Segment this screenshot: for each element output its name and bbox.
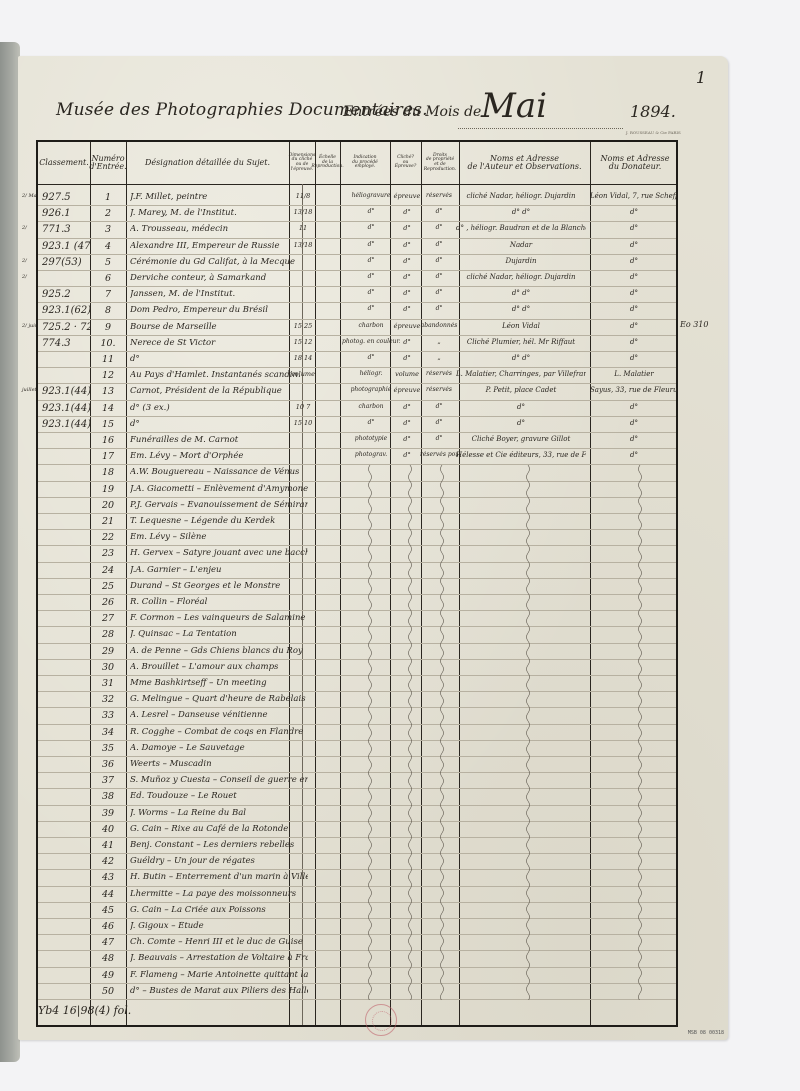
entry-number-cell: 49 bbox=[96, 970, 120, 981]
table-header: Classement.Numéro d'Entrée.Désignation d… bbox=[38, 142, 676, 185]
rights-cell: d° bbox=[420, 435, 458, 442]
author-cell: d° d° bbox=[456, 208, 586, 216]
bottom-right-label: MSB 08 00318 bbox=[688, 1030, 724, 1036]
entry-number-cell: 10. bbox=[96, 338, 120, 349]
margin-note: 2/ Mai bbox=[22, 193, 38, 199]
table-row: 774.310.Nerece de St Victor15 12photog. … bbox=[38, 336, 676, 352]
entry-number-cell: 26 bbox=[96, 597, 120, 608]
entry-number-cell: 44 bbox=[96, 889, 120, 900]
table-row: 6Derviche conteur, à Samarkandd°d°d°clic… bbox=[38, 271, 676, 287]
entry-number-cell: 43 bbox=[96, 872, 120, 883]
classement-cell: 771.3 bbox=[42, 224, 90, 235]
subject-cell: Nerece de St Victor bbox=[130, 338, 308, 348]
entry-number-cell: 3 bbox=[96, 224, 120, 235]
ledger-table: Classement.Numéro d'Entrée.Désignation d… bbox=[36, 140, 678, 1027]
subject-cell: Mme Bashkirtseff – Un meeting bbox=[130, 678, 308, 688]
entry-number-cell: 21 bbox=[96, 516, 120, 527]
entry-number-cell: 38 bbox=[96, 791, 120, 802]
table-row: 30A. Brouillet – L'amour aux champs bbox=[38, 660, 676, 676]
rights-cell: réservés bbox=[420, 386, 458, 393]
donor-cell: d° bbox=[590, 208, 678, 216]
table-row: 923.1(44)14d° (3 ex.)10 7charbond°d°d°d° bbox=[38, 401, 676, 417]
table-row: 923.1(44) ×15d°15 10d°d°d°d°d° bbox=[38, 417, 676, 433]
entry-number-cell: 28 bbox=[96, 629, 120, 640]
entry-number-cell: 42 bbox=[96, 856, 120, 867]
table-row: 19J.A. Giacometti – Enlèvement d'Amymone bbox=[38, 482, 676, 498]
entry-number-cell: 11 bbox=[96, 354, 120, 365]
table-row: 927.51J.F. Millet, peintre11/8héliogravu… bbox=[38, 190, 676, 206]
printer-mark: J. ROUSSEAU & Cie PARIS bbox=[626, 130, 681, 135]
subject-cell: J. Quinsac – La Tentation bbox=[130, 629, 308, 639]
classement-cell: 927.5 bbox=[42, 192, 90, 203]
table-row: 28J. Quinsac – La Tentation bbox=[38, 627, 676, 643]
subject-cell: Em. Lévy – Silène bbox=[130, 532, 308, 542]
table-row: 29A. de Penne – Gds Chiens blancs du Roy bbox=[38, 644, 676, 660]
donor-cell: d° bbox=[590, 322, 678, 330]
classement-cell: 926.1 bbox=[42, 208, 90, 219]
author-cell: cliché Nadar, héliogr. Dujardin bbox=[456, 192, 586, 200]
subject-cell: J.A. Garnier – L'enjeu bbox=[130, 565, 308, 575]
column-header-donateur: Noms et Adresse du Donateur. bbox=[590, 144, 680, 182]
table-row: 44Lhermitte – La paye des moissonneurs bbox=[38, 887, 676, 903]
column-header-cliche: Cliché? ou Épreuve? bbox=[390, 144, 421, 182]
ditto-squiggle-icon bbox=[438, 465, 444, 1000]
entry-number-cell: 22 bbox=[96, 532, 120, 543]
dimensions-cell: 10 7 bbox=[289, 403, 317, 411]
author-cell: L. Malatier, Charringes, par Villefranch… bbox=[456, 370, 586, 378]
author-cell: d° bbox=[456, 403, 586, 411]
rights-cell: d° bbox=[420, 403, 458, 410]
donor-cell: d° bbox=[590, 419, 678, 427]
entry-number-cell: 20 bbox=[96, 500, 120, 511]
folio-number: 1 bbox=[696, 68, 706, 87]
entry-number-cell: 12 bbox=[96, 370, 120, 381]
table-row: 35A. Damoye – Le Sauvetage bbox=[38, 741, 676, 757]
donor-cell: d° bbox=[590, 354, 678, 362]
column-header-designation: Désignation détaillée du Sujet. bbox=[126, 144, 289, 182]
margin-note: 2/ juin bbox=[22, 323, 38, 329]
entry-number-cell: 17 bbox=[96, 451, 120, 462]
table-row: 25Durand – St Georges et le Monstre bbox=[38, 579, 676, 595]
subject-cell: T. Lequesne – Légende du Kerdek bbox=[130, 516, 308, 526]
entry-number-cell: 2 bbox=[96, 208, 120, 219]
dimensions-cell: 13/18 bbox=[289, 241, 317, 249]
classement-cell: 923.1(44) bbox=[42, 386, 90, 397]
author-cell: cliché Nadar, héliogr. Dujardin bbox=[456, 273, 586, 281]
table-row: 926.12J. Marey, M. de l'Institut.13/18d°… bbox=[38, 206, 676, 222]
entry-number-cell: 15 bbox=[96, 419, 120, 430]
donor-cell: L. Malatier bbox=[590, 370, 678, 378]
table-row: 38Ed. Toudouze – Le Rouet bbox=[38, 789, 676, 805]
subject-cell: Em. Lévy – Mort d'Orphée bbox=[130, 451, 308, 461]
entry-number-cell: 4 bbox=[96, 241, 120, 252]
entry-number-cell: 7 bbox=[96, 289, 120, 300]
bottom-shelfmark: Yb4 16|98(4) fol. bbox=[38, 1004, 131, 1017]
subject-cell: Dom Pedro, Empereur du Brésil bbox=[130, 305, 308, 315]
subject-cell: R. Cogghe – Combat de coqs en Flandre bbox=[130, 727, 308, 737]
subject-cell: G. Melingue – Quart d'heure de Rabelais bbox=[130, 694, 308, 704]
dimensions-cell: 18 14 bbox=[289, 354, 317, 362]
subject-cell: H. Gervex – Satyre jouant avec une bacch… bbox=[130, 548, 308, 558]
table-row: 21T. Lequesne – Légende du Kerdek bbox=[38, 514, 676, 530]
ditto-squiggle-icon bbox=[636, 465, 642, 1000]
table-row: 20P.J. Gervais – Évanouissement de Sémir… bbox=[38, 498, 676, 514]
subject-cell: Lhermitte – La paye des moissonneurs bbox=[130, 889, 308, 899]
margin-note: 2/ bbox=[22, 274, 27, 280]
entry-number-cell: 32 bbox=[96, 694, 120, 705]
entry-number-cell: 23 bbox=[96, 548, 120, 559]
subject-cell: J. Beauvais – Arrestation de Voltaire à … bbox=[130, 953, 308, 963]
entry-number-cell: 48 bbox=[96, 953, 120, 964]
donor-cell: d° bbox=[590, 338, 678, 346]
margin-note: 2/ bbox=[22, 258, 27, 264]
subject-cell: Derviche conteur, à Samarkand bbox=[130, 273, 308, 283]
subject-cell: Weerts – Muscadin bbox=[130, 759, 308, 769]
donor-cell: d° bbox=[590, 435, 678, 443]
subject-cell: G. Cain – La Criée aux Poissons bbox=[130, 905, 308, 915]
table-row: 17Em. Lévy – Mort d'Orphéephotograv.d°ré… bbox=[38, 449, 676, 465]
dimensions-cell: 15 12 bbox=[289, 338, 317, 346]
table-row: 923.1 (47)4Alexandre III, Empereur de Ru… bbox=[38, 239, 676, 255]
author-cell: d° d° bbox=[456, 305, 586, 313]
book-binding bbox=[0, 42, 20, 1062]
entry-number-cell: 30 bbox=[96, 662, 120, 673]
entry-number-cell: 29 bbox=[96, 646, 120, 657]
table-row: 50d° – Bustes de Marat aux Piliers des H… bbox=[38, 984, 676, 1000]
rights-cell: d° bbox=[420, 224, 458, 231]
entry-number-cell: 14 bbox=[96, 403, 120, 414]
subject-cell: Au Pays d'Hamlet. Instantanés scandin. bbox=[130, 370, 308, 380]
entry-number-cell: 50 bbox=[96, 986, 120, 997]
table-row: 48J. Beauvais – Arrestation de Voltaire … bbox=[38, 951, 676, 967]
rights-cell: réservés pour les œuvres bbox=[420, 451, 458, 458]
donor-cell: Léon Vidal, 7, rue Scheffer bbox=[590, 192, 678, 200]
subject-cell: Ch. Comte – Henri III et le duc de Guise bbox=[130, 937, 308, 947]
donor-cell: d° bbox=[590, 451, 678, 459]
table-row: 18A.W. Bouguereau – Naissance de Vénus bbox=[38, 465, 676, 481]
table-row: 297(53)5Cérémonie du Gd Califat, à la Me… bbox=[38, 255, 676, 271]
table-row: 45G. Cain – La Criée aux Poissons bbox=[38, 903, 676, 919]
rights-cell: d° bbox=[420, 257, 458, 264]
subject-cell: d° bbox=[130, 354, 308, 364]
entry-number-cell: 19 bbox=[96, 484, 120, 495]
table-row: 923.1(44)13Carnot, Président de la Répub… bbox=[38, 384, 676, 400]
subject-cell: S. Muñoz y Cuesta – Conseil de guerre en… bbox=[130, 775, 308, 785]
subject-cell: Benj. Constant – Les derniers rebelles bbox=[130, 840, 308, 850]
entry-number-cell: 37 bbox=[96, 775, 120, 786]
column-header-numero: Numéro d'Entrée. bbox=[90, 144, 126, 182]
subject-cell: F. Flameng – Marie Antoinette quittant l… bbox=[130, 970, 308, 980]
subject-cell: Janssen, M. de l'Institut. bbox=[130, 289, 308, 299]
subject-cell: Bourse de Marseille bbox=[130, 322, 308, 332]
classement-cell: 925.2 bbox=[42, 289, 90, 300]
right-margin-ref: Eo 310 bbox=[680, 320, 708, 329]
column-header-classement: Classement. bbox=[38, 144, 90, 182]
month: Mai bbox=[481, 86, 547, 126]
table-row: 33A. Lesrel – Danseuse vénitienne bbox=[38, 708, 676, 724]
subject-cell: J.A. Giacometti – Enlèvement d'Amymone bbox=[130, 484, 308, 494]
entry-number-cell: 18 bbox=[96, 467, 120, 478]
subject-cell: F. Cormon – Les vainqueurs de Salamine bbox=[130, 613, 308, 623]
entry-number-cell: 25 bbox=[96, 581, 120, 592]
dimensions-cell: 11 bbox=[289, 224, 317, 232]
rights-cell: abandonnés bbox=[420, 322, 458, 329]
year: 1894. bbox=[630, 102, 676, 121]
subject-cell: J. Gigoux – Étude bbox=[130, 921, 308, 931]
entry-number-cell: 45 bbox=[96, 905, 120, 916]
classement-cell: 923.1 (47) bbox=[42, 241, 90, 252]
ditto-squiggle-icon bbox=[524, 465, 530, 1000]
entry-number-cell: 6 bbox=[96, 273, 120, 284]
rights-cell: „ bbox=[420, 338, 458, 345]
rights-cell: d° bbox=[420, 289, 458, 296]
table-row: 12Au Pays d'Hamlet. Instantanés scandin.… bbox=[38, 368, 676, 384]
subject-cell: A. Damoye – Le Sauvetage bbox=[130, 743, 308, 753]
entry-number-cell: 1 bbox=[96, 192, 120, 203]
author-cell: Léon Vidal bbox=[456, 322, 586, 330]
table-row: 24J.A. Garnier – L'enjeu bbox=[38, 563, 676, 579]
table-row: 725.2 · 724.4(44)9Bourse de Marseille15 … bbox=[38, 320, 676, 336]
donor-cell: d° bbox=[590, 289, 678, 297]
rights-cell: d° bbox=[420, 241, 458, 248]
dimensions-cell: volume bbox=[289, 370, 317, 378]
subject-cell: Guéldry – Un jour de régates bbox=[130, 856, 308, 866]
subject-cell: A. Brouillet – L'amour aux champs bbox=[130, 662, 308, 672]
subject-cell: J.F. Millet, peintre bbox=[130, 192, 308, 202]
entry-number-cell: 34 bbox=[96, 727, 120, 738]
donor-cell: d° bbox=[590, 305, 678, 313]
entry-number-cell: 39 bbox=[96, 808, 120, 819]
entry-number-cell: 27 bbox=[96, 613, 120, 624]
entry-number-cell: 46 bbox=[96, 921, 120, 932]
table-row: 41Benj. Constant – Les derniers rebelles bbox=[38, 838, 676, 854]
subject-cell: J. Worms – La Reine du Bal bbox=[130, 808, 308, 818]
subject-cell: H. Butin – Enterrement d'un marin à Vill… bbox=[130, 872, 308, 882]
rights-cell: d° bbox=[420, 273, 458, 280]
rights-cell: d° bbox=[420, 419, 458, 426]
author-cell: d° d° bbox=[456, 354, 586, 362]
table-row: 34R. Cogghe – Combat de coqs en Flandre bbox=[38, 725, 676, 741]
entry-number-cell: 41 bbox=[96, 840, 120, 851]
rights-cell: réservés bbox=[420, 370, 458, 377]
table-row: 26R. Collin – Floréal bbox=[38, 595, 676, 611]
rights-cell: d° bbox=[420, 208, 458, 215]
classement-cell: 923.1(44) × bbox=[42, 419, 90, 430]
subject-cell: G. Cain – Rixe au Café de la Rotonde bbox=[130, 824, 308, 834]
subject-cell: d° bbox=[130, 419, 308, 429]
donor-cell: d° bbox=[590, 224, 678, 232]
author-cell: P. Petit, place Cadet bbox=[456, 386, 586, 394]
subject-cell: Carnot, Président de la République bbox=[130, 386, 308, 396]
subject-cell: d° – Bustes de Marat aux Piliers des Hal… bbox=[130, 986, 308, 996]
subject-cell: R. Collin – Floréal bbox=[130, 597, 308, 607]
subject-cell: A. Lesrel – Danseuse vénitienne bbox=[130, 710, 308, 720]
author-cell: Dujardin bbox=[456, 257, 586, 265]
table-row: 49F. Flameng – Marie Antoinette quittant… bbox=[38, 968, 676, 984]
classement-cell: 923.1(44) bbox=[42, 403, 90, 414]
table-row: 47Ch. Comte – Henri III et le duc de Gui… bbox=[38, 935, 676, 951]
table-row: 37S. Muñoz y Cuesta – Conseil de guerre … bbox=[38, 773, 676, 789]
entry-number-cell: 33 bbox=[96, 710, 120, 721]
subject-cell: J. Marey, M. de l'Institut. bbox=[130, 208, 308, 218]
dimensions-cell: 15 25 bbox=[289, 322, 317, 330]
subject-cell: Durand – St Georges et le Monstre bbox=[130, 581, 308, 591]
author-cell: d° , héliogr. Baudran et de la Blanchère bbox=[456, 224, 586, 232]
author-cell: Cliché Plumier, hél. Mr Riffaut bbox=[456, 338, 586, 346]
column-header-procede: Indication du procédé employé. bbox=[340, 144, 390, 182]
subject-cell: Cérémonie du Gd Califat, à la Mecque bbox=[130, 257, 308, 267]
dimensions-cell: 15 10 bbox=[289, 419, 317, 427]
column-header-droits: Droits de propriété et de Reproduction. bbox=[421, 144, 459, 182]
entry-number-cell: 31 bbox=[96, 678, 120, 689]
table-row: 923.1(62)8Dom Pedro, Empereur du Brésild… bbox=[38, 303, 676, 319]
table-row: 36Weerts – Muscadin bbox=[38, 757, 676, 773]
classement-cell: 725.2 · 724.4(44) bbox=[42, 322, 90, 333]
table-row: 40G. Cain – Rixe au Café de la Rotonde bbox=[38, 822, 676, 838]
library-stamp bbox=[365, 1004, 397, 1036]
subject-cell: A. de Penne – Gds Chiens blancs du Roy bbox=[130, 646, 308, 656]
entry-number-cell: 40 bbox=[96, 824, 120, 835]
table-row: 16Funérailles de M. Carnotphototypied°d°… bbox=[38, 433, 676, 449]
entries-label: Entrées du Mois de bbox=[343, 104, 481, 120]
month-underline bbox=[458, 128, 623, 129]
donor-cell: d° bbox=[590, 273, 678, 281]
table-row: 925.27Janssen, M. de l'Institut.d°d°d°d°… bbox=[38, 287, 676, 303]
ditto-squiggle-icon bbox=[406, 465, 412, 1000]
entry-number-cell: 9 bbox=[96, 322, 120, 333]
subject-cell: Funérailles de M. Carnot bbox=[130, 435, 308, 445]
ledger-page: 1 Musée des Photographies Documentaires.… bbox=[18, 56, 728, 1040]
column-header-echelle: Échelle de la Reproduction. bbox=[315, 144, 340, 182]
table-row: 46J. Gigoux – Étude bbox=[38, 919, 676, 935]
subject-cell: Alexandre III, Empereur de Russie bbox=[130, 241, 308, 251]
table-row: 42Guéldry – Un jour de régates bbox=[38, 854, 676, 870]
margin-note: juillet bbox=[22, 387, 37, 393]
subject-cell: d° (3 ex.) bbox=[130, 403, 308, 413]
margin-note: 2/ bbox=[22, 225, 27, 231]
author-cell: Hélesse et Cie éditeurs, 33, rue de Fleu… bbox=[456, 451, 586, 459]
donor-cell: d° bbox=[590, 241, 678, 249]
entry-number-cell: 47 bbox=[96, 937, 120, 948]
donor-cell: Sayus, 33, rue de Fleurus bbox=[590, 386, 678, 394]
author-cell: Cliché Boyer, gravure Gillot bbox=[456, 435, 586, 443]
table-row: 31Mme Bashkirtseff – Un meeting bbox=[38, 676, 676, 692]
subject-cell: Ed. Toudouze – Le Rouet bbox=[130, 791, 308, 801]
table-row: 27F. Cormon – Les vainqueurs de Salamine bbox=[38, 611, 676, 627]
dimensions-cell: 13/18 bbox=[289, 208, 317, 216]
table-row: 771.33A. Trousseau, médecin11d°d°d°d° , … bbox=[38, 222, 676, 238]
entry-number-cell: 16 bbox=[96, 435, 120, 446]
entry-number-cell: 8 bbox=[96, 305, 120, 316]
donor-cell: d° bbox=[590, 257, 678, 265]
author-cell: d° d° bbox=[456, 289, 586, 297]
rights-cell: „ bbox=[420, 354, 458, 361]
table-row: 23H. Gervex – Satyre jouant avec une bac… bbox=[38, 546, 676, 562]
subject-cell: A.W. Bouguereau – Naissance de Vénus bbox=[130, 467, 308, 477]
donor-cell: d° bbox=[590, 403, 678, 411]
subject-cell: P.J. Gervais – Évanouissement de Sémiram… bbox=[130, 500, 308, 510]
entry-number-cell: 13 bbox=[96, 386, 120, 397]
dimensions-cell: 11/8 bbox=[289, 192, 317, 200]
classement-cell: 923.1(62) bbox=[42, 305, 90, 316]
ditto-squiggle-icon bbox=[366, 465, 372, 1000]
classement-cell: 774.3 bbox=[42, 338, 90, 349]
subject-cell: A. Trousseau, médecin bbox=[130, 224, 308, 234]
classement-cell: 297(53) bbox=[42, 257, 90, 268]
entry-number-cell: 24 bbox=[96, 565, 120, 576]
rights-cell: d° bbox=[420, 305, 458, 312]
table-row: 39J. Worms – La Reine du Bal bbox=[38, 806, 676, 822]
table-row: 11d°18 14d°d°„d° d°d° bbox=[38, 352, 676, 368]
table-row: 22Em. Lévy – Silène bbox=[38, 530, 676, 546]
entry-number-cell: 5 bbox=[96, 257, 120, 268]
entry-number-cell: 35 bbox=[96, 743, 120, 754]
author-cell: Nadar bbox=[456, 241, 586, 249]
table-row: 32G. Melingue – Quart d'heure de Rabelai… bbox=[38, 692, 676, 708]
rights-cell: réservés bbox=[420, 192, 458, 199]
column-header-auteur: Noms et Adresse de l'Auteur et Observati… bbox=[459, 144, 590, 182]
entry-number-cell: 36 bbox=[96, 759, 120, 770]
table-row: 43H. Butin – Enterrement d'un marin à Vi… bbox=[38, 870, 676, 886]
author-cell: d° bbox=[456, 419, 586, 427]
